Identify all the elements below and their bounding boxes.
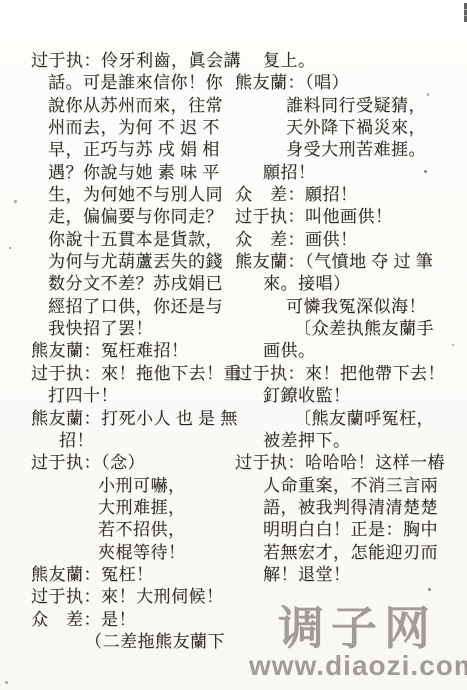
script-line: 熊友蘭：打死小人 也 是 無 [31,408,237,430]
script-line: 身受大刑苦难捱。 [286,139,463,161]
script-line: 來。接唱） [263,273,463,295]
script-line: 被差押下。 [263,430,463,452]
script-line: 打四十！ [48,385,237,407]
script-line: 复上。 [263,50,463,72]
script-line: 天外降下禍災來， [286,117,463,139]
script-line: 〔熊友蘭呼冤枉， [294,408,463,430]
script-line: 过于执：（念） [31,452,237,474]
script-line: 数分文不差？苏戌娟已 [48,273,237,295]
script-line: 夾棍等待！ [98,542,237,564]
script-line: 画供。 [263,340,463,362]
script-line: 州而去，为何 不 迟 不 [48,117,237,139]
script-line: 可憐我冤深似海！ [286,296,463,318]
script-line: 过于执：來！拖他下去！重 [31,363,237,385]
script-line: 过于执：叫他画供！ [235,206,463,228]
watermark-site-name: 调子网 [278,604,437,652]
script-line: 〔众差执熊友蘭手 [294,318,463,340]
scan-speck [452,344,454,346]
script-line: 早，正巧与苏 戌 娟 相 [48,139,237,161]
script-line: 大刑难捱， [98,497,237,519]
scan-speck [5,681,8,684]
scan-speck [428,588,431,591]
script-line: 众 差：是！ [31,609,237,631]
script-line: 过于执：哈哈哈！这样一樁 [235,452,463,474]
right-text-column: 复上。熊友蘭：（唱）誰料同行受疑猜，天外降下禍災來，身受大刑苦难捱。願招！众 差… [235,50,463,586]
script-line: 过于执：來！把他帶下去！ [235,363,463,385]
script-line: 过于执：來！大刑伺候！ [31,586,237,608]
script-line: 过于执：伶牙利齒，眞会講 [31,50,237,72]
script-line: 众 差：願招！ [235,184,463,206]
script-line: 为何与尤葫蘆丟失的錢 [48,251,237,273]
script-line: 熊友蘭：冤枉难招！ [31,340,237,362]
scan-speck [427,93,429,96]
script-line: 語，被我判得清清楚楚 [263,497,463,519]
script-line: 話。可是誰來信你！你 [48,72,237,94]
left-text-column: 过于执：伶牙利齒，眞会講話。可是誰來信你！你說你从苏州而來，往常州而去，为何 不… [31,50,237,653]
watermark-url: www.diaozi.com [249,651,467,681]
scan-speck [9,247,11,249]
script-line: （二差拖熊友蘭下 [85,631,237,653]
script-line: 招！ [59,430,237,452]
scan-speck [424,170,427,173]
script-line: 若無宏才，怎能迎刃而 [263,542,463,564]
scan-speck [14,200,17,203]
script-line: 小刑可嚇， [98,475,237,497]
script-line: 願招！ [263,162,463,184]
script-line: 众 差：画供！ [235,229,463,251]
script-line: 我快招了罢！ [48,318,237,340]
script-line: 熊友蘭：（气憤地 夺 过 筆 [235,251,463,273]
script-line: 走，偏偏要与你同走？ [48,206,237,228]
script-line: 明明白白！正是：胸中 [263,519,463,541]
script-line: 若不招供， [98,519,237,541]
script-line: 誰料同行受疑猜， [286,95,463,117]
script-line: 遇？你說与她 素 味 平 [48,162,237,184]
script-line: 熊友蘭：（唱） [235,72,463,94]
script-line: 熊友蘭：冤枉！ [31,564,237,586]
script-line: 人命重案，不消三言兩 [263,475,463,497]
script-line: 解！退堂！ [263,564,463,586]
script-line: 經招了口供，你还是与 [48,296,237,318]
script-line: 釘鐐收監！ [263,385,463,407]
script-line: 說你从苏州而來，往常 [48,95,237,117]
scanned-script-page: 过于执：伶牙利齒，眞会講話。可是誰來信你！你說你从苏州而來，往常州而去，为何 不… [0,0,467,690]
script-line: 你說十五貫本是貨款， [48,229,237,251]
script-line: 生，为何她不与別人同 [48,184,237,206]
